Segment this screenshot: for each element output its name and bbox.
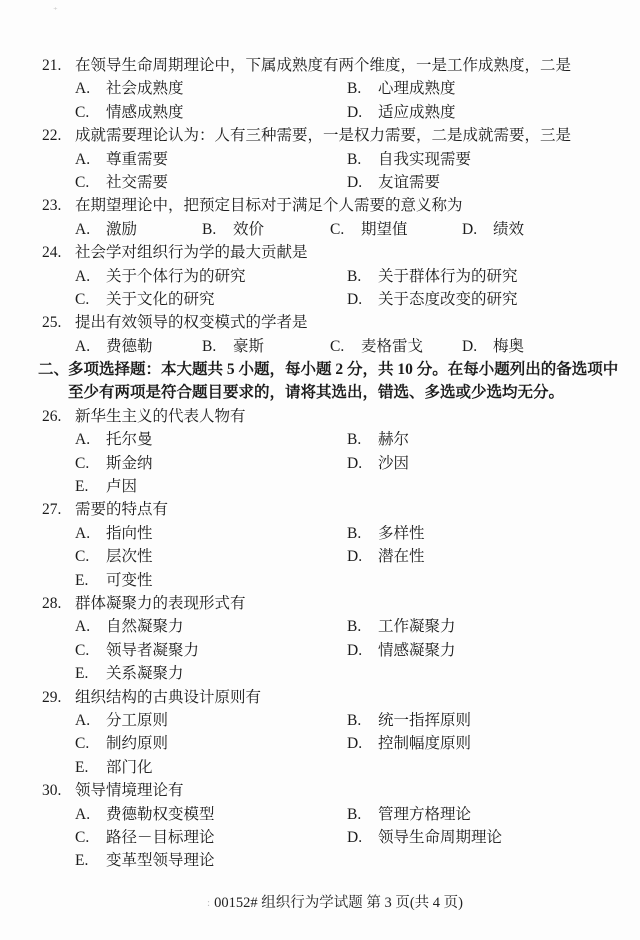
option-text: 关于态度改变的研究 <box>378 291 518 308</box>
question-number: 28. <box>42 592 75 615</box>
page-footer-text: 00152# 组织行为学试题 第 3 页(共 4 页) <box>214 895 463 911</box>
option-text: 控制幅度原则 <box>378 735 471 752</box>
option-d: D.绩效 <box>462 218 640 241</box>
option-a: A.激励 <box>75 218 202 241</box>
option-text: 友谊需要 <box>378 174 440 191</box>
option-b: B.心理成熟度 <box>347 77 640 100</box>
option-text: 梅奥 <box>493 338 524 355</box>
option-text: 关于文化的研究 <box>106 291 215 308</box>
option-d: D.梅奥 <box>462 335 640 358</box>
option-text: 自我实现需要 <box>378 151 471 168</box>
option-text: 领导者凝聚力 <box>106 642 199 659</box>
option-e: E.关系凝聚力 <box>75 662 347 685</box>
option-text: 情感成熟度 <box>106 104 184 121</box>
option-text: 沙因 <box>378 455 409 472</box>
question-text: 领导情境理论有 <box>75 779 184 802</box>
option-c: C.层次性 <box>75 545 347 568</box>
option-text: 工作凝聚力 <box>378 618 456 635</box>
question-27: 27. 需要的特点有 A.指向性 B.多样性 C.层次性 D.潜在性 E.可变性 <box>0 498 640 592</box>
question-number: 22. <box>42 124 75 147</box>
option-text: 潜在性 <box>378 548 425 565</box>
option-text: 关于群体行为的研究 <box>378 268 518 285</box>
option-c: C.制约原则 <box>75 732 347 755</box>
option-b: B.赫尔 <box>347 428 640 451</box>
option-d: D.沙因 <box>347 452 640 475</box>
option-d: D.关于态度改变的研究 <box>347 288 640 311</box>
option-c: C.麦格雷戈 <box>330 335 462 358</box>
option-text: 社交需要 <box>106 174 168 191</box>
option-text: 指向性 <box>106 525 153 542</box>
section-instructions-line1: 多项选择题：本大题共 5 小题，每小题 2 分，共 10 分。在每小题列出的备选… <box>68 358 618 381</box>
option-text: 分工原则 <box>106 712 168 729</box>
option-text: 制约原则 <box>106 735 168 752</box>
option-text: 关于个体行为的研究 <box>106 268 246 285</box>
option-text: 适应成熟度 <box>378 104 456 121</box>
option-b: B.统一指挥原则 <box>347 709 640 732</box>
option-b: B.多样性 <box>347 522 640 545</box>
option-a: A.费德勒 <box>75 335 202 358</box>
question-23: 23. 在期望理论中，把预定目标对于满足个人需要的意义称为 A.激励 B.效价 … <box>0 194 640 241</box>
option-text: 路径－目标理论 <box>106 829 215 846</box>
option-a: A.关于个体行为的研究 <box>75 265 347 288</box>
question-26: 26. 新华生主义的代表人物有 A.托尔曼 B.赫尔 C.斯金纳 D.沙因 E.… <box>0 405 640 499</box>
question-text: 成就需要理论认为：人有三种需要，一是权力需要，二是成就需要，三是 <box>75 124 571 147</box>
option-text: 斯金纳 <box>106 455 153 472</box>
option-a: A.自然凝聚力 <box>75 615 347 638</box>
option-a: A.社会成熟度 <box>75 77 347 100</box>
option-text: 托尔曼 <box>106 431 153 448</box>
option-text: 卢因 <box>106 478 137 495</box>
option-d: D.控制幅度原则 <box>347 732 640 755</box>
option-text: 情感凝聚力 <box>378 642 456 659</box>
question-number: 21. <box>42 54 75 77</box>
question-number: 29. <box>42 686 75 709</box>
question-25: 25. 提出有效领导的权变模式的学者是 A.费德勒 B.豪斯 C.麦格雷戈 D.… <box>0 311 640 358</box>
question-number: 25. <box>42 311 75 334</box>
option-text: 社会成熟度 <box>106 80 184 97</box>
option-text: 赫尔 <box>378 431 409 448</box>
question-number: 23. <box>42 194 75 217</box>
question-number: 26. <box>42 405 75 428</box>
option-text: 麦格雷戈 <box>361 338 423 355</box>
option-b: B.自我实现需要 <box>347 148 640 171</box>
option-a: A.分工原则 <box>75 709 347 732</box>
question-text: 提出有效领导的权变模式的学者是 <box>75 311 308 334</box>
option-text: 绩效 <box>493 221 524 238</box>
option-c: C.情感成熟度 <box>75 101 347 124</box>
question-text: 在领导生命周期理论中，下属成熟度有两个维度，一是工作成熟度，二是 <box>75 54 571 77</box>
option-text: 心理成熟度 <box>378 80 456 97</box>
option-b: B.工作凝聚力 <box>347 615 640 638</box>
option-b: B.效价 <box>202 218 330 241</box>
question-text: 群体凝聚力的表现形式有 <box>75 592 246 615</box>
option-e: E.变革型领导理论 <box>75 849 347 872</box>
option-d: D.友谊需要 <box>347 171 640 194</box>
option-text: 变革型领导理论 <box>106 852 215 869</box>
option-text: 效价 <box>233 221 264 238</box>
page-content: 21. 在领导生命周期理论中，下属成熟度有两个维度，一是工作成熟度，二是 A.社… <box>0 54 640 873</box>
question-number: 30. <box>42 779 75 802</box>
option-c: C.社交需要 <box>75 171 347 194</box>
question-21: 21. 在领导生命周期理论中，下属成熟度有两个维度，一是工作成熟度，二是 A.社… <box>0 54 640 124</box>
option-d: D.潜在性 <box>347 545 640 568</box>
option-text: 多样性 <box>378 525 425 542</box>
option-text: 可变性 <box>106 572 153 589</box>
page-footer: :00152# 组织行为学试题 第 3 页(共 4 页) <box>0 891 640 912</box>
option-text: 期望值 <box>361 221 408 238</box>
option-c: C.路径－目标理论 <box>75 826 347 849</box>
option-e: E.可变性 <box>75 569 347 592</box>
question-22: 22. 成就需要理论认为：人有三种需要，一是权力需要，二是成就需要，三是 A.尊… <box>0 124 640 194</box>
exam-paper-page: ⁺ 21. 在领导生命周期理论中，下属成熟度有两个维度，一是工作成熟度，二是 A… <box>0 0 640 940</box>
option-text: 层次性 <box>106 548 153 565</box>
question-text: 组织结构的古典设计原则有 <box>75 686 261 709</box>
question-30: 30. 领导情境理论有 A.费德勒权变模型 B.管理方格理论 C.路径－目标理论… <box>0 779 640 873</box>
option-a: A.尊重需要 <box>75 148 347 171</box>
option-text: 豪斯 <box>233 338 264 355</box>
option-text: 费德勒权变模型 <box>106 806 215 823</box>
option-c: C.期望值 <box>330 218 462 241</box>
option-b: B.豪斯 <box>202 335 330 358</box>
question-text: 在期望理论中，把预定目标对于满足个人需要的意义称为 <box>75 194 463 217</box>
option-d: D.情感凝聚力 <box>347 639 640 662</box>
option-a: A.指向性 <box>75 522 347 545</box>
option-b: B.关于群体行为的研究 <box>347 265 640 288</box>
question-number: 24. <box>42 241 75 264</box>
question-29: 29. 组织结构的古典设计原则有 A.分工原则 B.统一指挥原则 C.制约原则 … <box>0 686 640 780</box>
scan-smudge: : <box>207 897 210 909</box>
question-text: 新华生主义的代表人物有 <box>75 405 246 428</box>
option-text: 统一指挥原则 <box>378 712 471 729</box>
section-2-header: 二、 多项选择题：本大题共 5 小题，每小题 2 分，共 10 分。在每小题列出… <box>0 358 640 405</box>
scan-artifact: ⁺ <box>53 5 58 16</box>
option-text: 关系凝聚力 <box>106 665 184 682</box>
option-text: 激励 <box>106 221 137 238</box>
option-text: 尊重需要 <box>106 151 168 168</box>
section-instructions-line2: 至少有两项是符合题目要求的，请将其选出，错选、多选或少选均无分。 <box>0 381 640 404</box>
option-c: C.斯金纳 <box>75 452 347 475</box>
option-e: E.部门化 <box>75 756 347 779</box>
option-d: D.适应成熟度 <box>347 101 640 124</box>
section-number: 二、 <box>38 358 68 381</box>
option-c: C.领导者凝聚力 <box>75 639 347 662</box>
option-text: 部门化 <box>106 759 153 776</box>
option-text: 自然凝聚力 <box>106 618 184 635</box>
option-d: D.领导生命周期理论 <box>347 826 640 849</box>
option-b: B.管理方格理论 <box>347 803 640 826</box>
question-number: 27. <box>42 498 75 521</box>
question-text: 社会学对组织行为学的最大贡献是 <box>75 241 308 264</box>
question-text: 需要的特点有 <box>75 498 168 521</box>
option-c: C.关于文化的研究 <box>75 288 347 311</box>
option-e: E.卢因 <box>75 475 347 498</box>
option-text: 管理方格理论 <box>378 806 471 823</box>
question-24: 24. 社会学对组织行为学的最大贡献是 A.关于个体行为的研究 B.关于群体行为… <box>0 241 640 311</box>
option-text: 费德勒 <box>106 338 153 355</box>
option-a: A.托尔曼 <box>75 428 347 451</box>
question-28: 28. 群体凝聚力的表现形式有 A.自然凝聚力 B.工作凝聚力 C.领导者凝聚力… <box>0 592 640 686</box>
option-a: A.费德勒权变模型 <box>75 803 347 826</box>
option-text: 领导生命周期理论 <box>378 829 502 846</box>
